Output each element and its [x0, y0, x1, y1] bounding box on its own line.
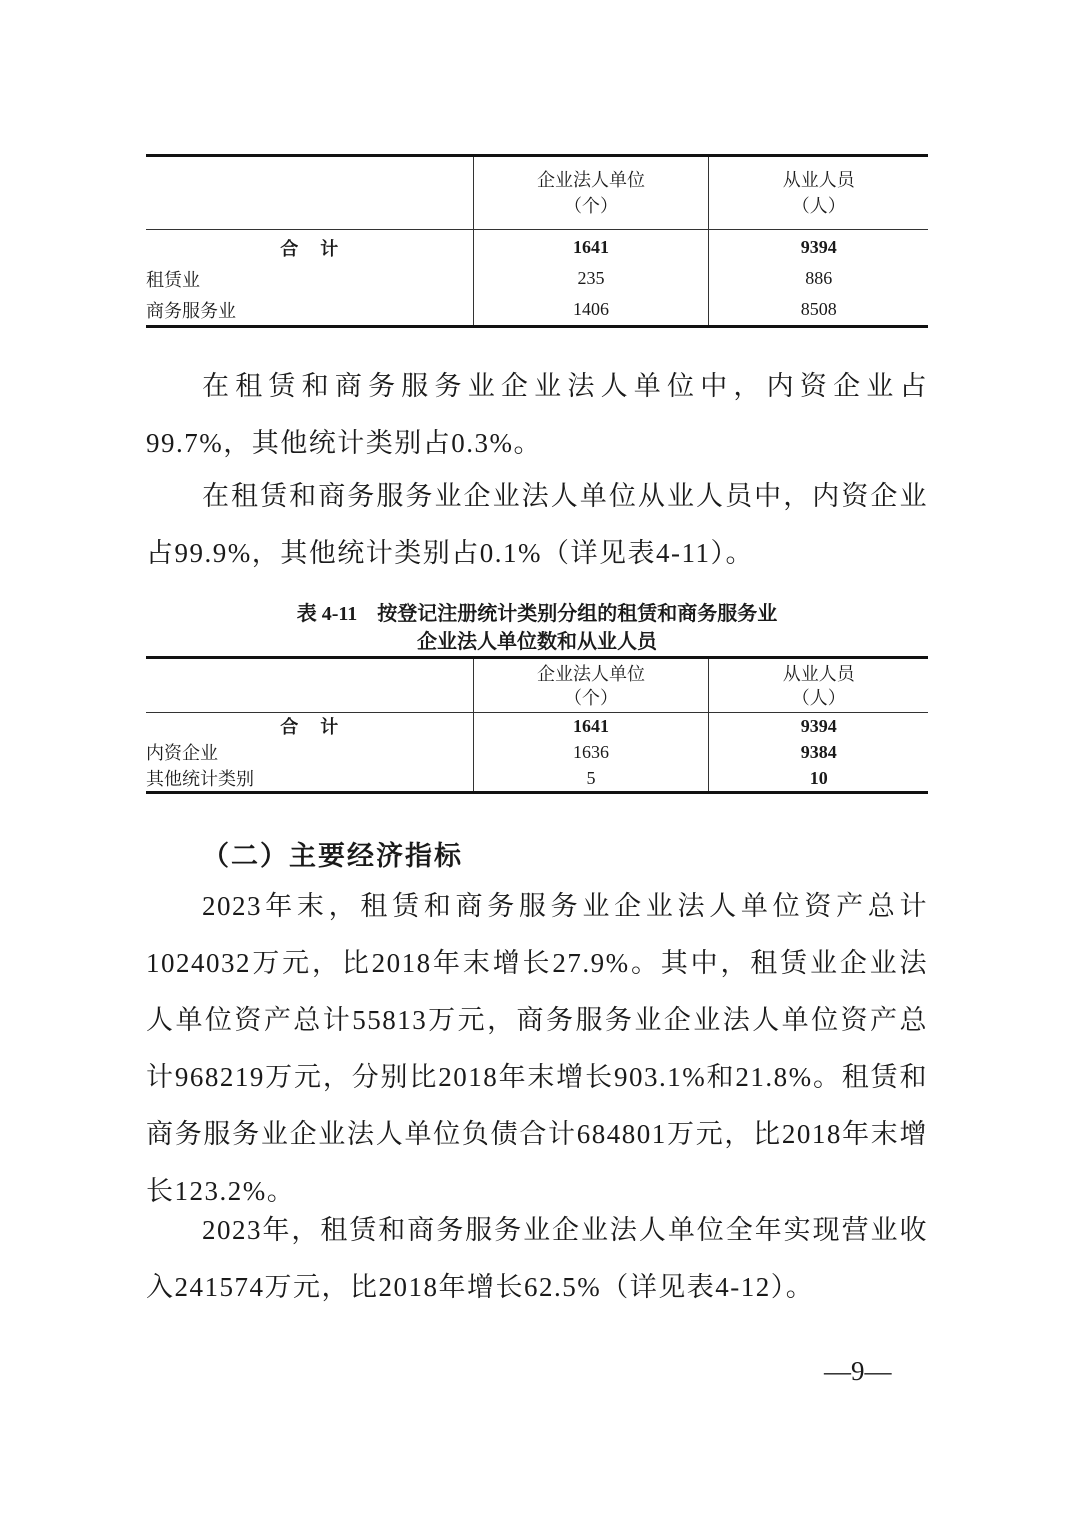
table-row: 其他统计类别 5 10 — [146, 765, 928, 793]
header-employees: 从业人员 （人） — [709, 156, 928, 230]
row-label: 内资企业 — [146, 739, 473, 765]
header-employees-unit: （人） — [709, 686, 928, 710]
paragraph-units-share: 在租赁和商务服务业企业法人单位中，内资企业占99.7%，其他统计类别占0.3%。 — [146, 358, 928, 472]
table-row: 租赁业 235 886 — [146, 263, 928, 294]
header-units-label: 企业法人单位 — [474, 662, 709, 686]
cell-units: 1636 — [473, 739, 709, 765]
row-label: 其他统计类别 — [146, 765, 473, 793]
cell-units: 1641 — [473, 713, 709, 740]
table-industry-summary: 企业法人单位 （个） 从业人员 （人） 合计 1641 9394 租赁业 235… — [146, 154, 928, 328]
paragraph-assets: 2023年末，租赁和商务服务业企业法人单位资产总计1024032万元，比2018… — [146, 878, 928, 1220]
cell-employees: 8508 — [709, 294, 928, 327]
header-employees-unit: （人） — [709, 193, 928, 219]
header-employees-label: 从业人员 — [709, 167, 928, 193]
table-header-row: 企业法人单位 （个） 从业人员 （人） — [146, 156, 928, 230]
paragraph-revenue: 2023年，租赁和商务服务业企业法人单位全年实现营业收入241574万元，比20… — [146, 1202, 928, 1316]
table-caption-line1: 表 4-11 按登记注册统计类别分组的租赁和商务服务业 — [146, 600, 928, 628]
row-label: 合计 — [146, 713, 473, 740]
cell-employees: 9384 — [709, 739, 928, 765]
table-caption-line2: 企业法人单位数和从业人员 — [146, 628, 928, 656]
header-employees: 从业人员 （人） — [709, 658, 928, 713]
table-row: 合计 1641 9394 — [146, 713, 928, 740]
table-row: 商务服务业 1406 8508 — [146, 294, 928, 327]
row-label: 合计 — [146, 230, 473, 264]
table-caption: 表 4-11 按登记注册统计类别分组的租赁和商务服务业 企业法人单位数和从业人员 — [146, 600, 928, 656]
section-heading: （二）主要经济指标 — [202, 834, 463, 873]
header-units-unit: （个） — [474, 686, 709, 710]
cell-employees: 9394 — [709, 713, 928, 740]
row-label: 租赁业 — [146, 263, 473, 294]
cell-units: 235 — [473, 263, 709, 294]
table-row: 合计 1641 9394 — [146, 230, 928, 264]
row-label: 商务服务业 — [146, 294, 473, 327]
table-4-11: 企业法人单位 （个） 从业人员 （人） 合计 1641 9394 内资企业 16… — [146, 656, 928, 794]
table-row: 内资企业 1636 9384 — [146, 739, 928, 765]
header-blank — [146, 156, 473, 230]
header-units-unit: （个） — [474, 193, 709, 219]
table-header-row: 企业法人单位 （个） 从业人员 （人） — [146, 658, 928, 713]
cell-units: 5 — [473, 765, 709, 793]
header-units: 企业法人单位 （个） — [473, 658, 709, 713]
header-units-label: 企业法人单位 — [474, 167, 709, 193]
page-number: —9— — [824, 1356, 892, 1387]
cell-employees: 10 — [709, 765, 928, 793]
header-blank — [146, 658, 473, 713]
header-employees-label: 从业人员 — [709, 662, 928, 686]
header-units: 企业法人单位 （个） — [473, 156, 709, 230]
cell-employees: 9394 — [709, 230, 928, 264]
cell-units: 1406 — [473, 294, 709, 327]
cell-units: 1641 — [473, 230, 709, 264]
cell-employees: 886 — [709, 263, 928, 294]
paragraph-employees-share: 在租赁和商务服务业企业法人单位从业人员中，内资企业占99.9%，其他统计类别占0… — [146, 468, 928, 582]
